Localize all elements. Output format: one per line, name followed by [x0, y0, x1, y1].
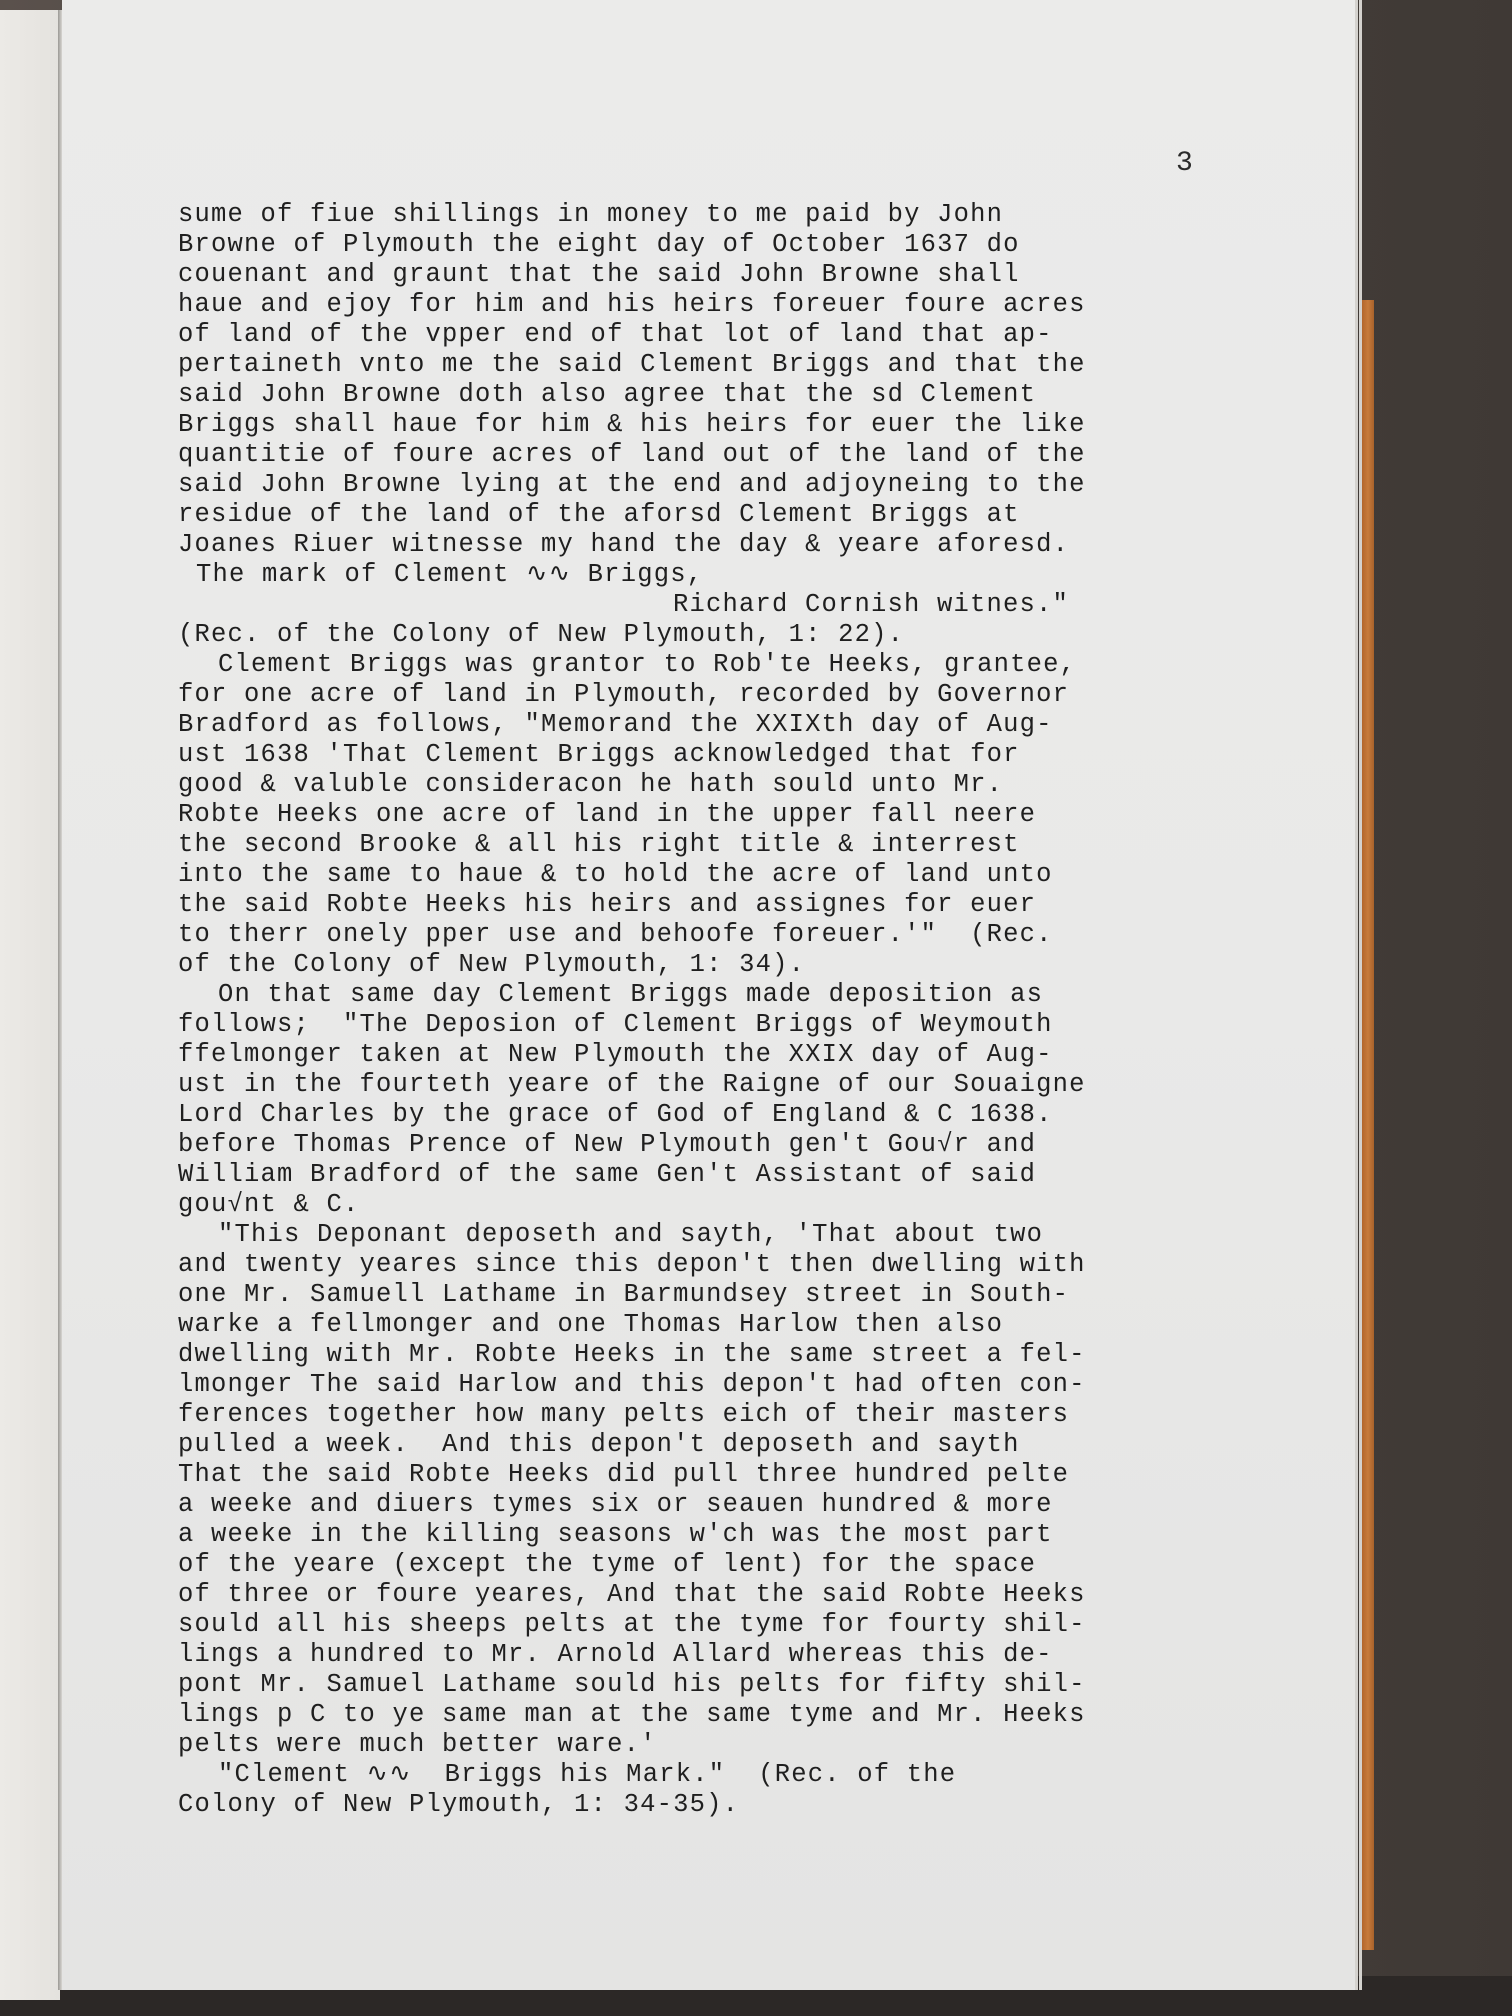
- text-line: ust 1638 'That Clement Briggs acknowledg…: [178, 740, 1238, 770]
- text-line: sould all his sheeps pelts at the tyme f…: [178, 1610, 1238, 1640]
- text-line: residue of the land of the aforsd Clemen…: [178, 500, 1238, 530]
- text-line: "This Deponant deposeth and sayth, 'That…: [178, 1220, 1238, 1250]
- text-line: and twenty yeares since this depon't the…: [178, 1250, 1238, 1280]
- book-cover-edge: [1362, 300, 1374, 1950]
- text-line: Robte Heeks one acre of land in the uppe…: [178, 800, 1238, 830]
- text-line: haue and ejoy for him and his heirs fore…: [178, 290, 1238, 320]
- text-line: (Rec. of the Colony of New Plymouth, 1: …: [178, 620, 1238, 650]
- text-line: couenant and graunt that the said John B…: [178, 260, 1238, 290]
- text-line: lings p C to ye same man at the same tym…: [178, 1700, 1238, 1730]
- text-line: the second Brooke & all his right title …: [178, 830, 1238, 860]
- text-line: said John Browne lying at the end and ad…: [178, 470, 1238, 500]
- text-line: Colony of New Plymouth, 1: 34-35).: [178, 1790, 1238, 1820]
- text-line: pelts were much better ware.': [178, 1730, 1238, 1760]
- text-line: follows; "The Deposion of Clement Briggs…: [178, 1010, 1238, 1040]
- text-line: Clement Briggs was grantor to Rob'te Hee…: [178, 650, 1238, 680]
- text-line: Briggs shall haue for him & his heirs fo…: [178, 410, 1238, 440]
- document-body: sume of fiue shillings in money to me pa…: [178, 200, 1238, 1820]
- text-line: pulled a week. And this depon't deposeth…: [178, 1430, 1238, 1460]
- text-line: a weeke and diuers tymes six or seauen h…: [178, 1490, 1238, 1520]
- text-line: On that same day Clement Briggs made dep…: [178, 980, 1238, 1010]
- text-line: Bradford as follows, "Memorand the XXIXt…: [178, 710, 1238, 740]
- text-line: William Bradford of the same Gen't Assis…: [178, 1160, 1238, 1190]
- text-line: of land of the vpper end of that lot of …: [178, 320, 1238, 350]
- text-line: ffelmonger taken at New Plymouth the XXI…: [178, 1040, 1238, 1070]
- text-line: of the Colony of New Plymouth, 1: 34).: [178, 950, 1238, 980]
- text-line: Browne of Plymouth the eight day of Octo…: [178, 230, 1238, 260]
- text-line: Joanes Riuer witnesse my hand the day & …: [178, 530, 1238, 560]
- text-line: to therr onely pper use and behoofe fore…: [178, 920, 1238, 950]
- text-line: one Mr. Samuell Lathame in Barmundsey st…: [178, 1280, 1238, 1310]
- page-stack-edge: [1359, 0, 1362, 1990]
- page-number: 3: [1176, 148, 1193, 179]
- text-line: of the yeare (except the tyme of lent) f…: [178, 1550, 1238, 1580]
- text-line: the said Robte Heeks his heirs and assig…: [178, 890, 1238, 920]
- text-line: a weeke in the killing seasons w'ch was …: [178, 1520, 1238, 1550]
- text-line: said John Browne doth also agree that th…: [178, 380, 1238, 410]
- text-line: Richard Cornish witnes.": [178, 590, 1238, 620]
- text-line: sume of fiue shillings in money to me pa…: [178, 200, 1238, 230]
- text-line: before Thomas Prence of New Plymouth gen…: [178, 1130, 1238, 1160]
- text-line: good & valuble consideracon he hath soul…: [178, 770, 1238, 800]
- text-line: of three or foure yeares, And that the s…: [178, 1580, 1238, 1610]
- text-line: ust in the fourteth yeare of the Raigne …: [178, 1070, 1238, 1100]
- page-stack-edge: [1355, 0, 1358, 1990]
- text-line: pertaineth vnto me the said Clement Brig…: [178, 350, 1238, 380]
- text-line: ferences together how many pelts eich of…: [178, 1400, 1238, 1430]
- text-line: lings a hundred to Mr. Arnold Allard whe…: [178, 1640, 1238, 1670]
- text-line: That the said Robte Heeks did pull three…: [178, 1460, 1238, 1490]
- text-line: lmonger The said Harlow and this depon't…: [178, 1370, 1238, 1400]
- text-line: Lord Charles by the grace of God of Engl…: [178, 1100, 1238, 1130]
- text-line: "Clement ∿∿ Briggs his Mark." (Rec. of t…: [178, 1760, 1238, 1790]
- text-line: dwelling with Mr. Robte Heeks in the sam…: [178, 1340, 1238, 1370]
- text-line: for one acre of land in Plymouth, record…: [178, 680, 1238, 710]
- text-line: The mark of Clement ∿∿ Briggs,: [178, 560, 1238, 590]
- text-line: quantitie of foure acres of land out of …: [178, 440, 1238, 470]
- left-page-edge: [0, 10, 60, 2000]
- text-line: warke a fellmonger and one Thomas Harlow…: [178, 1310, 1238, 1340]
- text-line: pont Mr. Samuel Lathame sould his pelts …: [178, 1670, 1238, 1700]
- text-line: gou√nt & C.: [178, 1190, 1238, 1220]
- text-line: into the same to haue & to hold the acre…: [178, 860, 1238, 890]
